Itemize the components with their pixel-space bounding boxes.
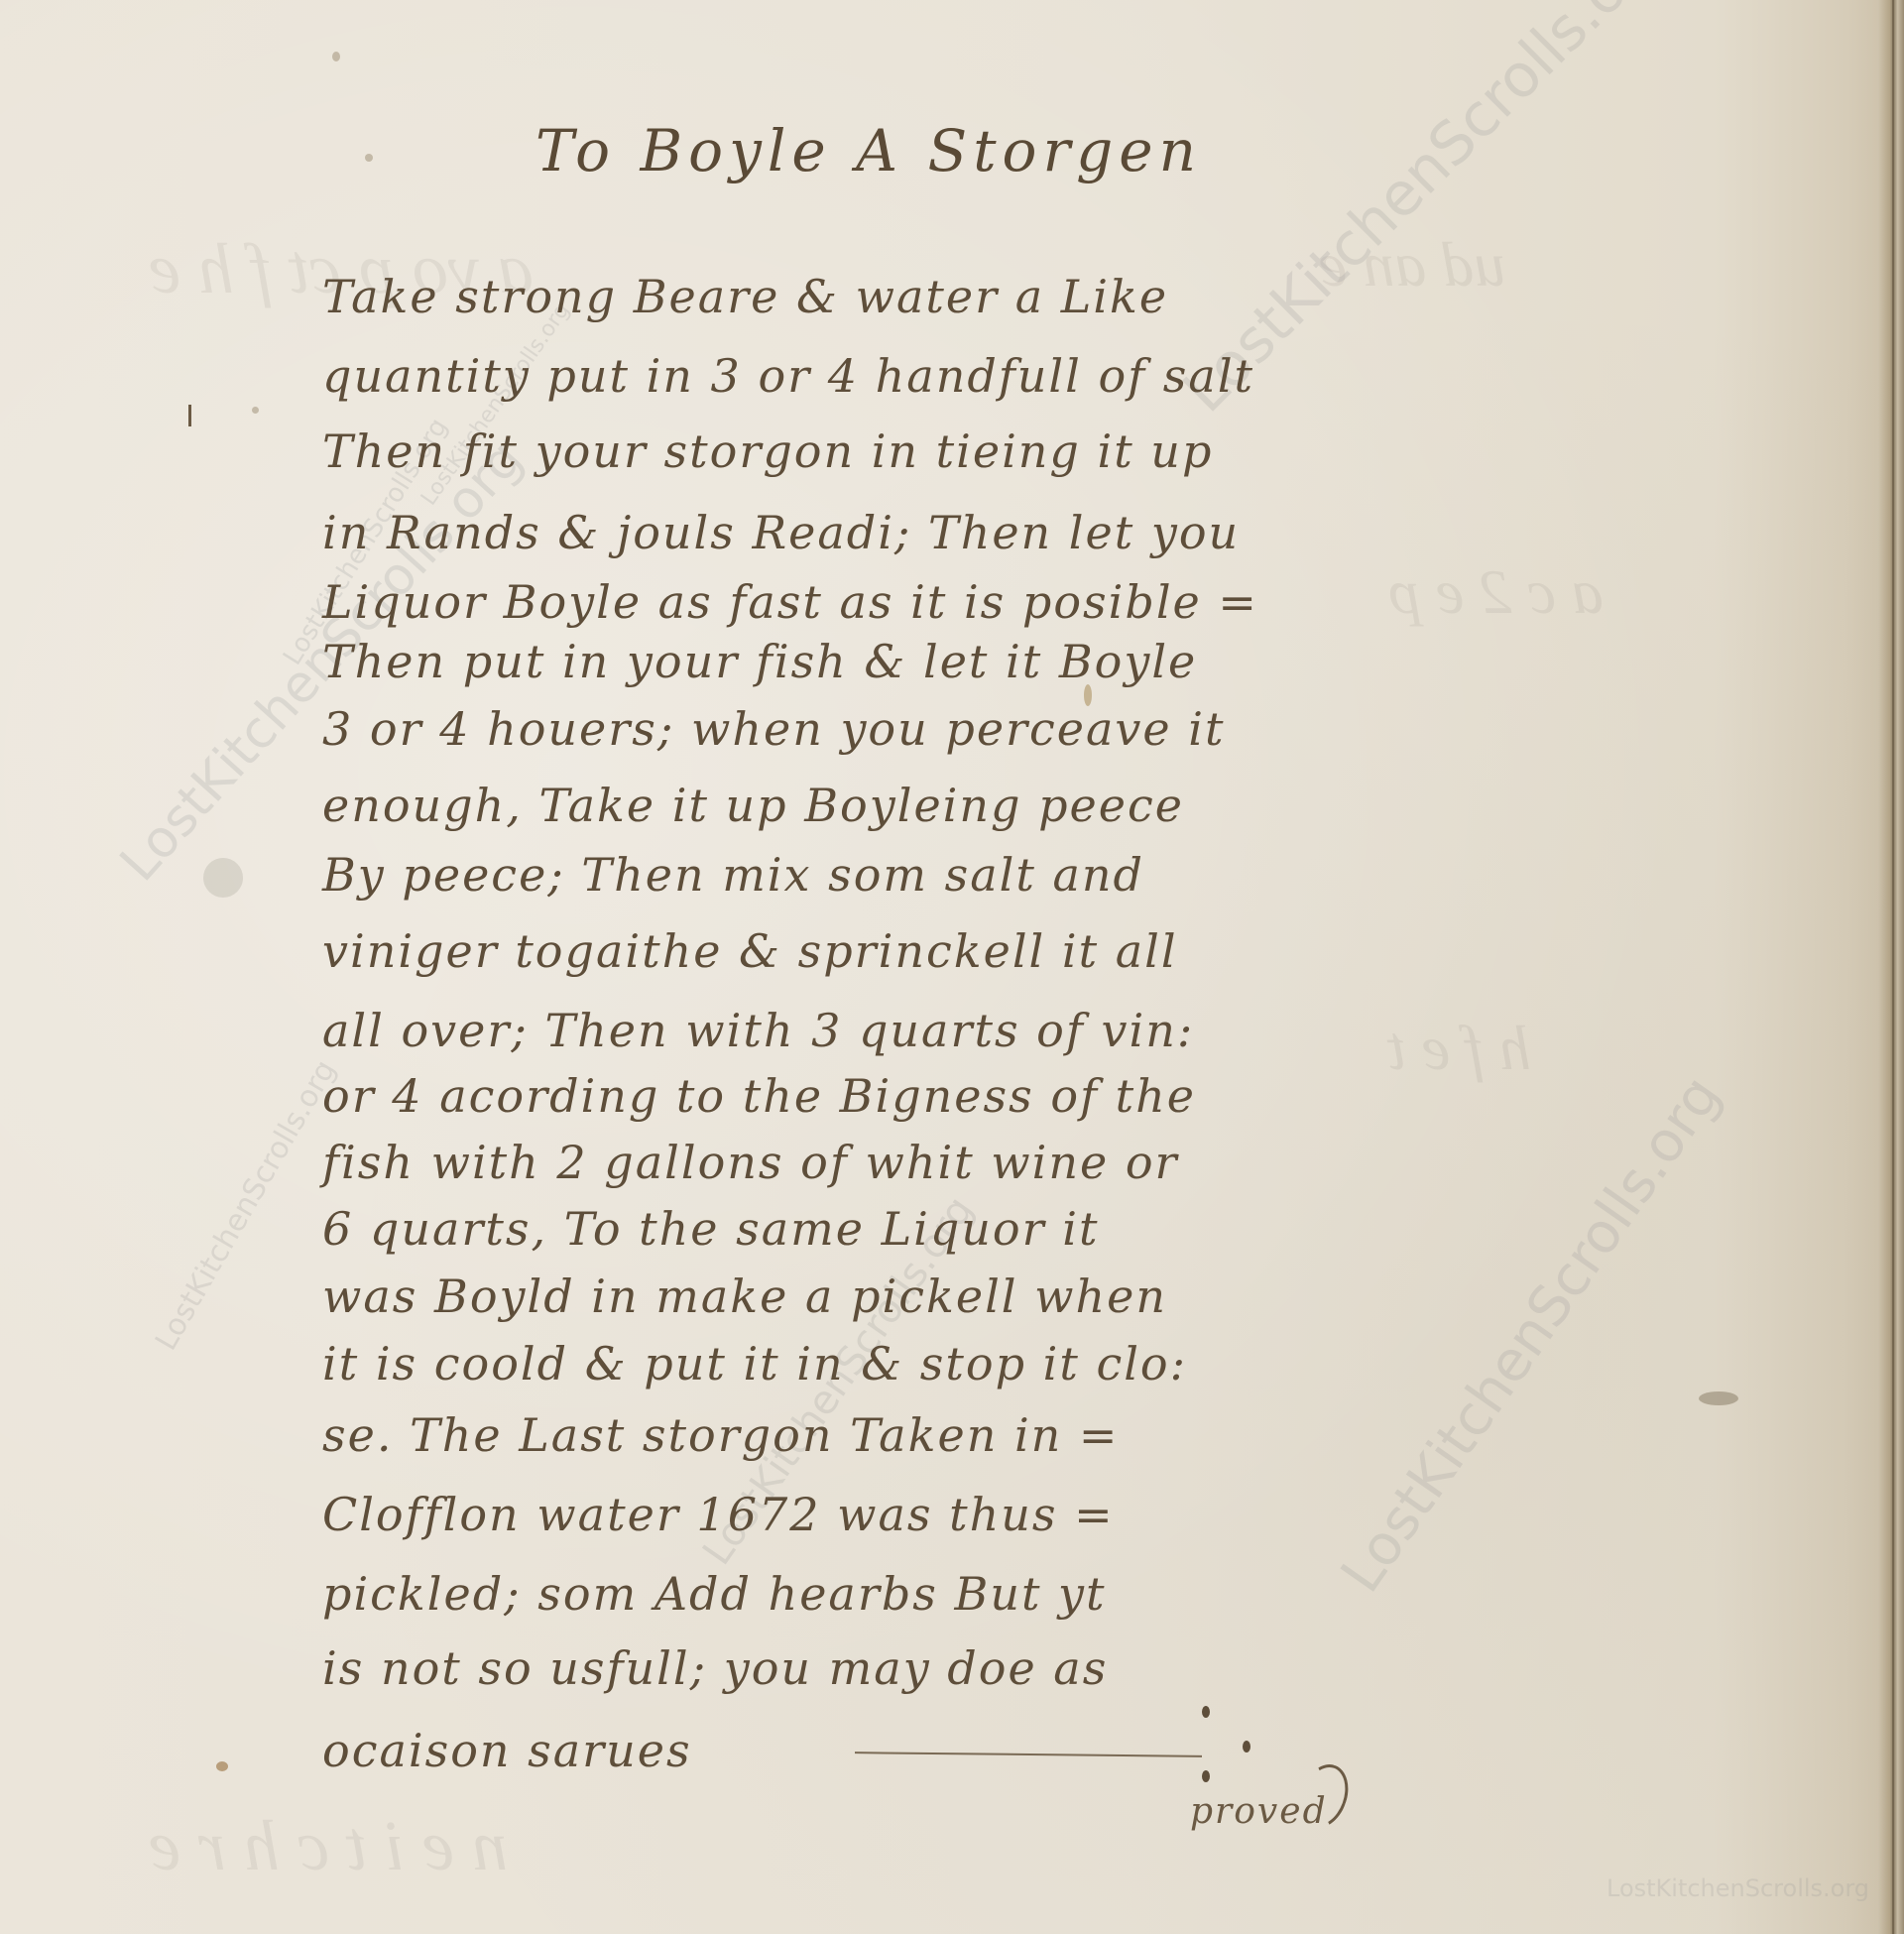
text-line: all over; Then with 3 quarts of vin: — [322, 1004, 1194, 1057]
text-line: Take strong Beare & water a Like — [322, 270, 1168, 323]
text-line: By peece; Then mix som salt and — [322, 848, 1144, 902]
proved-annotation: proved — [1190, 1791, 1328, 1832]
ink-speck — [365, 154, 373, 162]
text-line: in Rands & jouls Readi; Then let you — [322, 506, 1240, 559]
text-line: se. The Last storgon Taken in = — [322, 1408, 1119, 1462]
bleed-through-text: a c 2 e p — [1388, 555, 1604, 629]
text-line: 6 quarts, To the same Liquor it — [322, 1202, 1099, 1256]
text-line: fish with 2 gallons of whit wine or — [322, 1136, 1179, 1189]
watermark: LostKitchenScrolls.org — [416, 299, 575, 510]
bleed-through-text: n e i t c h r e — [149, 1805, 508, 1887]
text-line: or 4 acording to the Bigness of the — [322, 1069, 1196, 1123]
watermark: LostKitchenScrolls.org — [1329, 1064, 1733, 1604]
text-line: viniger togaithe & sprinckell it all — [322, 924, 1178, 978]
text-line: Then fit your storgon in tieing it up — [322, 424, 1213, 478]
text-line: Then put in your fish & let it Boyle — [322, 635, 1197, 688]
text-line: quantity put in 3 or 4 handfull of salt — [322, 349, 1254, 403]
watermark: LostKitchenScrolls.org — [149, 1054, 343, 1356]
page-edge-line — [1892, 0, 1894, 1934]
closing-dot — [1243, 1741, 1250, 1753]
recipe-title: To Boyle A Storgen — [535, 117, 1202, 184]
text-line: was Boyld in make a pickell when — [322, 1269, 1167, 1323]
closing-rule — [855, 1752, 1202, 1757]
page-edge — [1878, 0, 1904, 1934]
text-line: Clofflon water 1672 was thus = — [322, 1488, 1115, 1541]
ink-speck — [332, 52, 340, 61]
ink-speck — [1699, 1391, 1738, 1405]
watermark: LostKitchenScrolls.org — [1606, 1874, 1869, 1902]
bleed-through-text: h f e t — [1388, 1012, 1531, 1085]
closing-dot — [1202, 1770, 1210, 1782]
text-line: enough, Take it up Boyleing peece — [322, 779, 1184, 832]
smudge — [203, 858, 243, 898]
bleed-through-text: ud an e — [1319, 228, 1505, 302]
text-line: ocaison sarues — [322, 1724, 692, 1777]
ink-speck — [252, 407, 259, 414]
ink-speck — [216, 1761, 228, 1771]
text-line: pickled; som Add hearbs But yt — [322, 1567, 1107, 1621]
text-line: is not so usfull; you may doe as — [322, 1641, 1108, 1695]
text-line: 3 or 4 houers; when you perceave it — [322, 702, 1225, 756]
margin-stroke — [188, 405, 191, 426]
manuscript-page: a vo p ct f h e ud an e a c 2 e p h f e … — [0, 0, 1904, 1934]
text-line: Liquor Boyle as fast as it is posible = — [322, 575, 1258, 629]
closing-dot — [1202, 1706, 1210, 1718]
text-line: it is coold & put it in & stop it clo: — [322, 1337, 1187, 1390]
